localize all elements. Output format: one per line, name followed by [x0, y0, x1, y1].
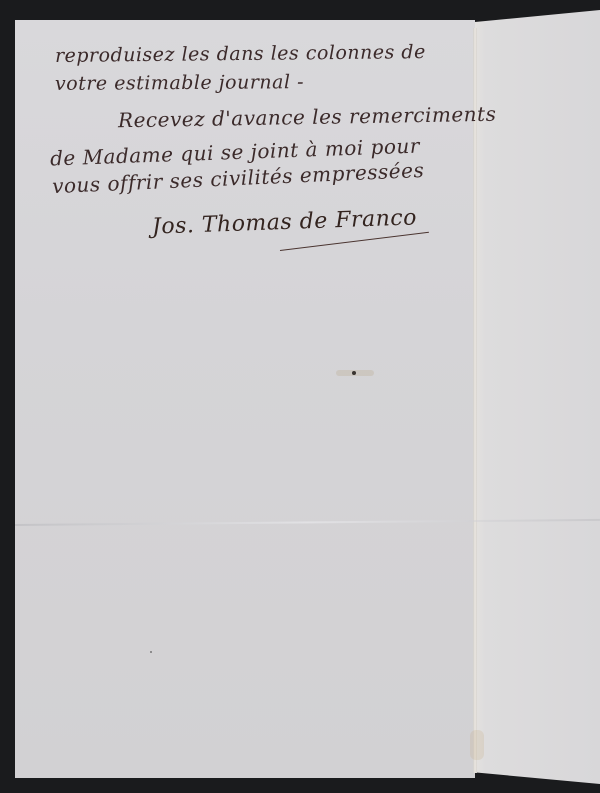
vertical-fold-crease [473, 28, 477, 773]
ink-dot [352, 371, 356, 375]
paper-speck [150, 651, 152, 653]
letter-line-2: votre estimable journal - [55, 71, 304, 95]
fold-stain [470, 730, 484, 760]
letter-line-1: reproduisez les dans les colonnes de [55, 41, 426, 67]
facing-page-right [475, 10, 600, 784]
scanned-document: reproduisez les dans les colonnes de vot… [0, 0, 600, 793]
